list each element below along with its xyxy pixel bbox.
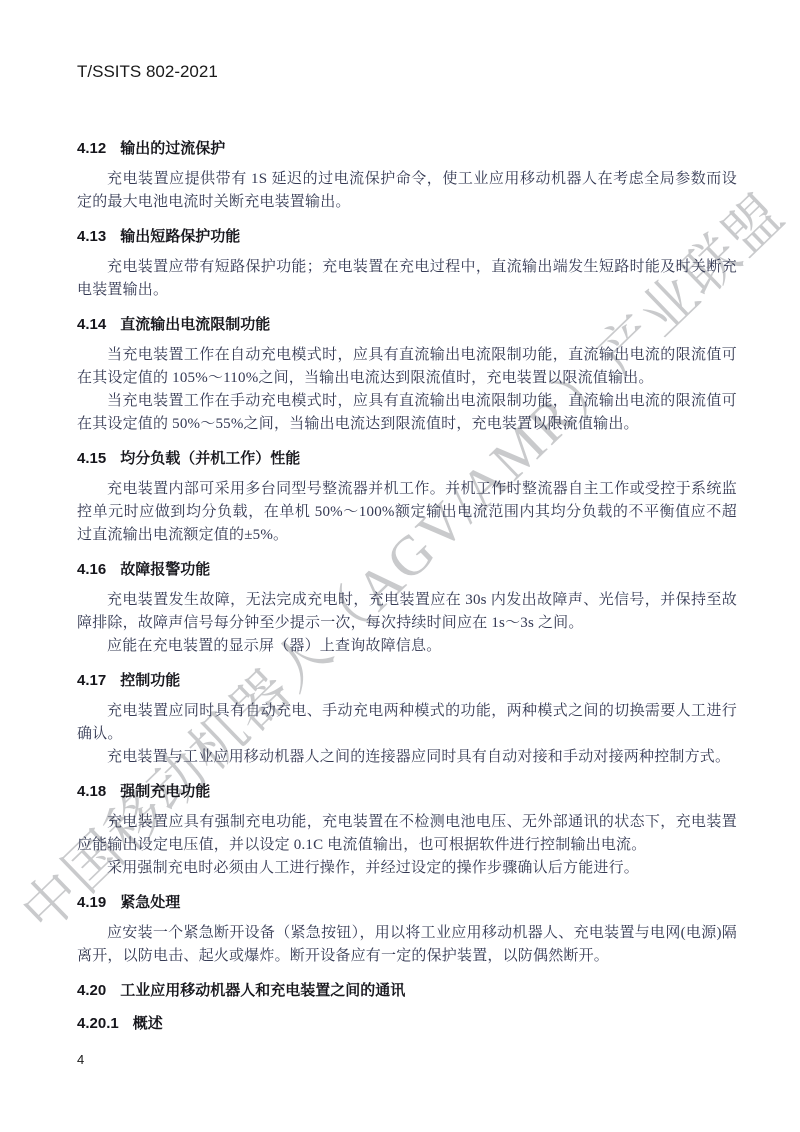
section-4-18: 4.18强制充电功能 充电装置应具有强制充电功能，充电装置在不检测电池电压、无外… xyxy=(77,782,737,880)
section-number: 4.20 xyxy=(77,982,106,999)
section-heading: 4.12输出的过流保护 xyxy=(77,139,737,159)
section-title: 强制充电功能 xyxy=(120,783,210,800)
section-heading: 4.14直流输出电流限制功能 xyxy=(77,315,737,335)
page-number: 4 xyxy=(77,1052,84,1067)
section-4-14: 4.14直流输出电流限制功能 当充电装置工作在自动充电模式时，应具有直流输出电流… xyxy=(77,315,737,436)
section-4-16: 4.16故障报警功能 充电装置发生故障，无法完成充电时，充电装置应在 30s 内… xyxy=(77,560,737,658)
section-4-19: 4.19紧急处理 应安装一个紧急断开设备（紧急按钮），用以将工业应用移动机器人、… xyxy=(77,893,737,968)
section-heading: 4.20.1概述 xyxy=(77,1014,737,1034)
section-heading: 4.16故障报警功能 xyxy=(77,560,737,580)
section-heading: 4.19紧急处理 xyxy=(77,893,737,913)
paragraph: 充电装置内部可采用多台同型号整流器并机工作。并机工作时整流器自主工作或受控于系统… xyxy=(77,478,737,547)
section-heading: 4.15均分负载（并机工作）性能 xyxy=(77,449,737,469)
section-heading: 4.17控制功能 xyxy=(77,671,737,691)
section-number: 4.12 xyxy=(77,140,106,157)
paragraph: 充电装置与工业应用移动机器人之间的连接器应同时具有自动对接和手动对接两种控制方式… xyxy=(77,746,737,769)
section-4-17: 4.17控制功能 充电装置应同时具有自动充电、手动充电两种模式的功能，两种模式之… xyxy=(77,671,737,769)
section-title: 均分负载（并机工作）性能 xyxy=(120,450,300,467)
section-title: 输出的过流保护 xyxy=(120,140,225,157)
section-heading: 4.20工业应用移动机器人和充电装置之间的通讯 xyxy=(77,981,737,1001)
section-title: 紧急处理 xyxy=(120,894,180,911)
section-number: 4.14 xyxy=(77,316,106,333)
section-title: 工业应用移动机器人和充电装置之间的通讯 xyxy=(120,982,405,999)
section-4-13: 4.13输出短路保护功能 充电装置应带有短路保护功能；充电装置在充电过程中，直流… xyxy=(77,227,737,302)
section-4-20: 4.20工业应用移动机器人和充电装置之间的通讯 xyxy=(77,981,737,1001)
section-number: 4.18 xyxy=(77,783,106,800)
paragraph: 应安装一个紧急断开设备（紧急按钮），用以将工业应用移动机器人、充电装置与电网(电… xyxy=(77,922,737,968)
paragraph: 充电装置发生故障，无法完成充电时，充电装置应在 30s 内发出故障声、光信号，并… xyxy=(77,589,737,635)
paragraph: 当充电装置工作在手动充电模式时，应具有直流输出电流限制功能，直流输出电流的限流值… xyxy=(77,390,737,436)
section-number: 4.15 xyxy=(77,450,106,467)
section-number: 4.13 xyxy=(77,228,106,245)
section-number: 4.19 xyxy=(77,894,106,911)
section-heading: 4.13输出短路保护功能 xyxy=(77,227,737,247)
section-4-12: 4.12输出的过流保护 充电装置应提供带有 1S 延迟的过电流保护命令，使工业应… xyxy=(77,139,737,214)
doc-code-header: T/SSITS 802-2021 xyxy=(77,62,218,82)
section-4-20-1: 4.20.1概述 xyxy=(77,1014,737,1034)
document-page: 中国移动机器人（AGV/AMR）产业联盟 T/SSITS 802-2021 4.… xyxy=(0,0,800,1132)
paragraph: 充电装置应带有短路保护功能；充电装置在充电过程中，直流输出端发生短路时能及时关断… xyxy=(77,256,737,302)
section-heading: 4.18强制充电功能 xyxy=(77,782,737,802)
section-number: 4.20.1 xyxy=(77,1015,119,1032)
document-body: 4.12输出的过流保护 充电装置应提供带有 1S 延迟的过电流保护命令，使工业应… xyxy=(77,139,737,1043)
paragraph: 采用强制充电时必须由人工进行操作，并经过设定的操作步骤确认后方能进行。 xyxy=(77,857,737,880)
section-number: 4.17 xyxy=(77,672,106,689)
section-title: 故障报警功能 xyxy=(120,561,210,578)
section-4-15: 4.15均分负载（并机工作）性能 充电装置内部可采用多台同型号整流器并机工作。并… xyxy=(77,449,737,547)
paragraph: 充电装置应具有强制充电功能，充电装置在不检测电池电压、无外部通讯的状态下，充电装… xyxy=(77,811,737,857)
section-title: 直流输出电流限制功能 xyxy=(120,316,270,333)
section-title: 控制功能 xyxy=(120,672,180,689)
paragraph: 应能在充电装置的显示屏（器）上查询故障信息。 xyxy=(77,635,737,658)
paragraph: 充电装置应同时具有自动充电、手动充电两种模式的功能，两种模式之间的切换需要人工进… xyxy=(77,700,737,746)
section-number: 4.16 xyxy=(77,561,106,578)
paragraph: 当充电装置工作在自动充电模式时，应具有直流输出电流限制功能，直流输出电流的限流值… xyxy=(77,344,737,390)
section-title: 概述 xyxy=(133,1015,163,1032)
paragraph: 充电装置应提供带有 1S 延迟的过电流保护命令，使工业应用移动机器人在考虑全局参… xyxy=(77,168,737,214)
section-title: 输出短路保护功能 xyxy=(120,228,240,245)
